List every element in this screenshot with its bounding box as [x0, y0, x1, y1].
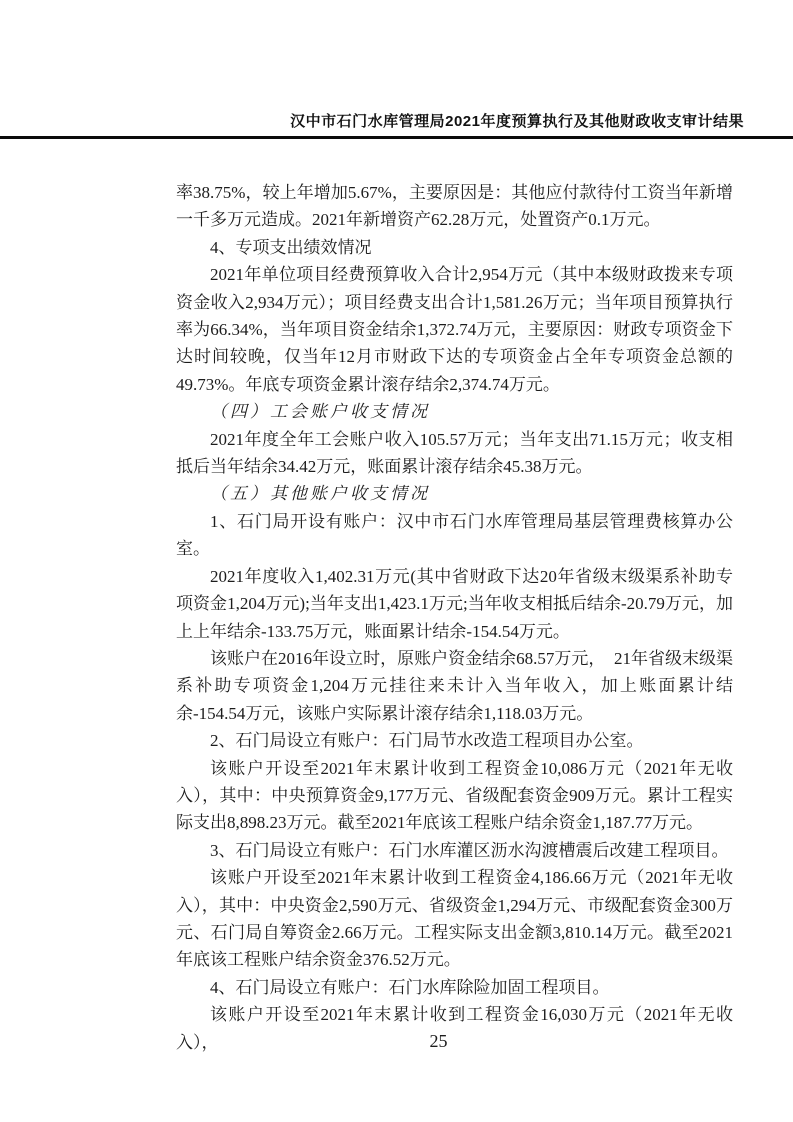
paragraph-carryover: 率38.75%，较上年增加5.67%，主要原因是：其他应付款待付工资当年新增一千…	[176, 179, 733, 234]
header-rule	[0, 136, 793, 139]
paragraph-account-1-income: 2021年度收入1,402.31万元(其中省财政下达20年省级末级渠系补助专项资…	[176, 563, 733, 645]
paragraph-account-3-title: 3、石门局设立有账户：石门水库灌区沥水沟渡槽震后改建工程项目。	[176, 837, 733, 864]
paragraph-project-budget: 2021年单位项目经费预算收入合计2,954万元（其中本级财政拨来专项资金收入2…	[176, 261, 733, 398]
heading-other-accounts: （五）其他账户收支情况	[176, 480, 733, 507]
document-body: 率38.75%，较上年增加5.67%，主要原因是：其他应付款待付工资当年新增一千…	[176, 179, 733, 1056]
paragraph-account-1-history: 该账户在2016年设立时，原账户资金结余68.57万元， 21年省级末级渠系补助…	[176, 645, 733, 727]
heading-union-account: （四）工会账户收支情况	[176, 398, 733, 425]
running-header-title: 汉中市石门水库管理局2021年度预算执行及其他财政收支审计结果	[290, 110, 744, 131]
page-number: 25	[176, 1031, 701, 1052]
paragraph-account-4-title: 4、石门局设立有账户：石门水库除险加固工程项目。	[176, 974, 733, 1001]
paragraph-union-account: 2021年度全年工会账户收入105.57万元；当年支出71.15万元；收支相抵后…	[176, 426, 733, 481]
paragraph-account-1-title: 1、石门局开设有账户：汉中市石门水库管理局基层管理费核算办公室。	[176, 508, 733, 563]
heading-special-expenditure-performance: 4、专项支出绩效情况	[176, 234, 733, 261]
paragraph-account-2-title: 2、石门局设立有账户：石门局节水改造工程项目办公室。	[176, 727, 733, 754]
document-page: 汉中市石门水库管理局2021年度预算执行及其他财政收支审计结果 率38.75%，…	[0, 0, 793, 1122]
paragraph-account-2-funds: 该账户开设至2021年末累计收到工程资金10,086万元（2021年无收入），其…	[176, 755, 733, 837]
paragraph-account-3-funds: 该账户开设至2021年末累计收到工程资金4,186.66万元（2021年无收入）…	[176, 864, 733, 974]
